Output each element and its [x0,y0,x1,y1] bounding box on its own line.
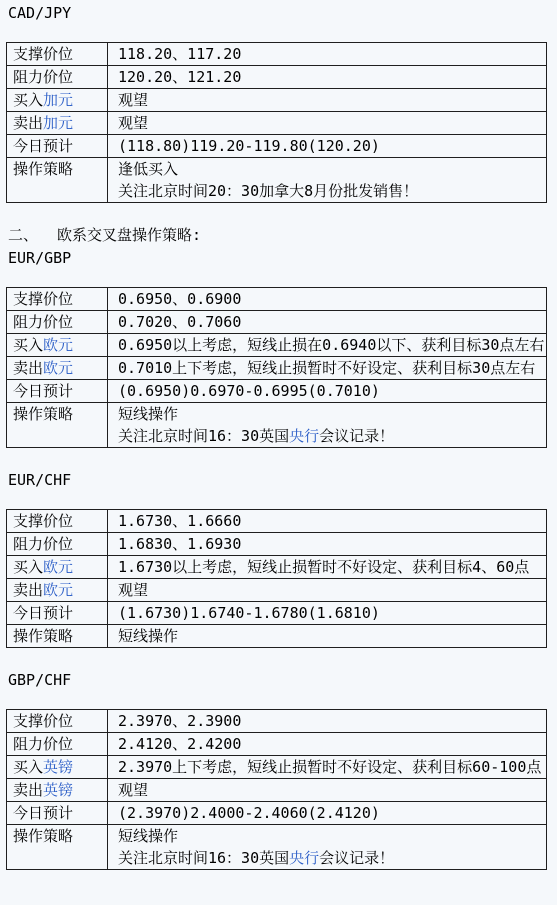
row-label-cell: 操作策略 [7,403,108,448]
row-value-cell: (1.6730)1.6740-1.6780(1.6810) [108,602,547,625]
text-run: 2.3970上下考虑，短线止损暂时不好设定、获利目标60-100点 [118,758,541,776]
text-run: 卖出 [13,581,43,599]
table-row: 支撑价位1.6730、1.6660 [7,510,547,533]
text-run: (118.80)119.20-119.80(120.20) [118,137,380,155]
row-value-cell: (118.80)119.20-119.80(120.20) [108,135,547,158]
row-value-cell: (0.6950)0.6970-0.6995(0.7010) [108,380,547,403]
row-value-cell: 观望 [108,112,547,135]
table-row: 今日预计(118.80)119.20-119.80(120.20) [7,135,547,158]
text-run: 观望 [118,91,148,109]
value-line: 1.6830、1.6930 [118,533,542,555]
text-run: 支撑价位 [13,290,73,308]
row-label-cell: 阻力价位 [7,733,108,756]
inline-link[interactable]: 英镑 [43,758,73,776]
text-run: 120.20、121.20 [118,68,241,86]
text-run: 逢低买入 [118,160,178,178]
value-line: 1.6730以上考虑，短线止损暂时不好设定、获利目标4、60点 [118,556,542,578]
value-line: 逢低买入 [118,158,542,180]
value-line: 2.3970上下考虑，短线止损暂时不好设定、获利目标60-100点 [118,756,542,778]
row-label-cell: 支撑价位 [7,510,108,533]
text-run: 卖出 [13,359,43,377]
pair-title: EUR/GBP [8,250,548,267]
text-run: 买入 [13,558,43,576]
value-line: 观望 [118,779,542,801]
inline-link[interactable]: 加元 [43,114,73,132]
row-label-cell: 卖出欧元 [7,579,108,602]
text-run: 操作策略 [13,627,73,645]
row-label-cell: 买入英镑 [7,756,108,779]
row-value-cell: 1.6830、1.6930 [108,533,547,556]
text-run: 会议记录！ [319,849,394,867]
row-value-cell: (2.3970)2.4000-2.4060(2.4120) [108,802,547,825]
text-run: 卖出 [13,114,43,132]
value-line: 0.7020、0.7060 [118,311,542,333]
table-row: 今日预计(2.3970)2.4000-2.4060(2.4120) [7,802,547,825]
row-value-cell: 2.3970上下考虑，短线止损暂时不好设定、获利目标60-100点 [108,756,547,779]
row-label-cell: 买入加元 [7,89,108,112]
row-label-cell: 今日预计 [7,135,108,158]
text-run: 1.6830、1.6930 [118,535,241,553]
value-line: (0.6950)0.6970-0.6995(0.7010) [118,380,542,402]
row-value-cell: 逢低买入关注北京时间20：30加拿大8月份批发销售！ [108,158,547,203]
text-run: 阻力价位 [13,68,73,86]
inline-link[interactable]: 欧元 [43,581,73,599]
text-run: 短线操作 [118,405,178,423]
forex-strategy-report: CAD/JPY支撑价位118.20、117.20阻力价位120.20、121.2… [0,0,557,905]
value-line: (1.6730)1.6740-1.6780(1.6810) [118,602,542,624]
row-label-cell: 卖出英镑 [7,779,108,802]
row-value-cell: 0.7010上下考虑，短线止损暂时不好设定、获利目标30点左右 [108,357,547,380]
text-run: 操作策略 [13,827,73,845]
row-label-cell: 买入欧元 [7,334,108,357]
value-line: 观望 [118,112,542,134]
text-run: 关注北京时间16：30英国 [118,849,289,867]
pair-title: CAD/JPY [8,5,548,22]
value-line: 2.4120、2.4200 [118,733,542,755]
row-value-cell: 0.6950以上考虑，短线止损在0.6940以下、获利目标30点左右 [108,334,547,357]
row-value-cell: 118.20、117.20 [108,43,547,66]
inline-link[interactable]: 央行 [289,427,319,445]
section-heading: 二、欧系交叉盘操作策略: [8,227,548,244]
inline-link[interactable]: 英镑 [43,781,73,799]
text-run: 阻力价位 [13,735,73,753]
text-run: 观望 [118,781,148,799]
value-line: (2.3970)2.4000-2.4060(2.4120) [118,802,542,824]
strategy-table: 支撑价位2.3970、2.3900阻力价位2.4120、2.4200买入英镑2.… [6,709,547,870]
value-line: 关注北京时间16：30英国央行会议记录！ [118,847,542,869]
value-line: 短线操作 [118,625,542,647]
text-run: 会议记录！ [319,427,394,445]
row-label-cell: 操作策略 [7,625,108,648]
row-value-cell: 0.6950、0.6900 [108,288,547,311]
text-run: 卖出 [13,781,43,799]
inline-link[interactable]: 加元 [43,91,73,109]
row-value-cell: 观望 [108,89,547,112]
row-value-cell: 短线操作关注北京时间16：30英国央行会议记录！ [108,403,547,448]
value-line: 关注北京时间16：30英国央行会议记录！ [118,425,542,447]
text-run: 118.20、117.20 [118,45,241,63]
text-run: 买入 [13,336,43,354]
row-label-cell: 操作策略 [7,158,108,203]
text-run: 支撑价位 [13,712,73,730]
value-line: 短线操作 [118,825,542,847]
table-row: 阻力价位120.20、121.20 [7,66,547,89]
value-line: 1.6730、1.6660 [118,510,542,532]
inline-link[interactable]: 欧元 [43,359,73,377]
text-run: (1.6730)1.6740-1.6780(1.6810) [118,604,380,622]
text-run: 阻力价位 [13,535,73,553]
value-line: 118.20、117.20 [118,43,542,65]
table-row: 买入英镑2.3970上下考虑，短线止损暂时不好设定、获利目标60-100点 [7,756,547,779]
text-run: 关注北京时间20：30加拿大8月份批发销售！ [118,182,418,200]
table-row: 卖出欧元观望 [7,579,547,602]
table-row: 今日预计(0.6950)0.6970-0.6995(0.7010) [7,380,547,403]
text-run: 支撑价位 [13,512,73,530]
table-row: 阻力价位2.4120、2.4200 [7,733,547,756]
text-run: 0.7010上下考虑，短线止损暂时不好设定、获利目标30点左右 [118,359,535,377]
row-label-cell: 阻力价位 [7,311,108,334]
table-row: 操作策略短线操作 [7,625,547,648]
value-line: 观望 [118,579,542,601]
table-row: 卖出加元观望 [7,112,547,135]
table-row: 买入欧元1.6730以上考虑，短线止损暂时不好设定、获利目标4、60点 [7,556,547,579]
text-run: 买入 [13,91,43,109]
text-run: 0.7020、0.7060 [118,313,241,331]
row-label-cell: 今日预计 [7,380,108,403]
table-row: 卖出欧元0.7010上下考虑，短线止损暂时不好设定、获利目标30点左右 [7,357,547,380]
section-number: 二、 [8,227,57,244]
row-value-cell: 2.3970、2.3900 [108,710,547,733]
value-line: 观望 [118,89,542,111]
row-label-cell: 支撑价位 [7,43,108,66]
table-row: 阻力价位1.6830、1.6930 [7,533,547,556]
pair-title: GBP/CHF [8,672,548,689]
inline-link[interactable]: 欧元 [43,558,73,576]
text-run: 1.6730、1.6660 [118,512,241,530]
row-value-cell: 0.7020、0.7060 [108,311,547,334]
table-row: 阻力价位0.7020、0.7060 [7,311,547,334]
row-value-cell: 2.4120、2.4200 [108,733,547,756]
inline-link[interactable]: 欧元 [43,336,73,354]
text-run: 今日预计 [13,382,73,400]
value-line: 120.20、121.20 [118,66,542,88]
table-row: 支撑价位118.20、117.20 [7,43,547,66]
table-row: 操作策略短线操作关注北京时间16：30英国央行会议记录！ [7,403,547,448]
row-label-cell: 今日预计 [7,802,108,825]
row-label-cell: 支撑价位 [7,710,108,733]
text-run: 今日预计 [13,604,73,622]
text-run: 0.6950以上考虑，短线止损在0.6940以下、获利目标30点左右 [118,336,544,354]
value-line: 0.7010上下考虑，短线止损暂时不好设定、获利目标30点左右 [118,357,542,379]
section-title: 欧系交叉盘操作策略: [57,226,201,244]
value-line: 关注北京时间20：30加拿大8月份批发销售！ [118,180,542,202]
table-row: 支撑价位2.3970、2.3900 [7,710,547,733]
text-run: 观望 [118,581,148,599]
strategy-table: 支撑价位118.20、117.20阻力价位120.20、121.20买入加元观望… [6,42,547,203]
text-run: (2.3970)2.4000-2.4060(2.4120) [118,804,380,822]
text-run: 操作策略 [13,405,73,423]
row-label-cell: 支撑价位 [7,288,108,311]
row-value-cell: 120.20、121.20 [108,66,547,89]
row-label-cell: 卖出欧元 [7,357,108,380]
strategy-table: 支撑价位0.6950、0.6900阻力价位0.7020、0.7060买入欧元0.… [6,287,547,448]
value-line: 0.6950以上考虑，短线止损在0.6940以下、获利目标30点左右 [118,334,542,356]
text-run: 1.6730以上考虑，短线止损暂时不好设定、获利目标4、60点 [118,558,529,576]
text-run: 今日预计 [13,137,73,155]
row-value-cell: 短线操作关注北京时间16：30英国央行会议记录！ [108,825,547,870]
row-label-cell: 操作策略 [7,825,108,870]
text-run: 操作策略 [13,160,73,178]
text-run: 关注北京时间16：30英国 [118,427,289,445]
row-value-cell: 短线操作 [108,625,547,648]
text-run: 短线操作 [118,627,178,645]
table-row: 卖出英镑观望 [7,779,547,802]
inline-link[interactable]: 央行 [289,849,319,867]
text-run: 买入 [13,758,43,776]
text-run: 观望 [118,114,148,132]
value-line: (118.80)119.20-119.80(120.20) [118,135,542,157]
table-row: 买入欧元0.6950以上考虑，短线止损在0.6940以下、获利目标30点左右 [7,334,547,357]
text-run: 今日预计 [13,804,73,822]
row-label-cell: 买入欧元 [7,556,108,579]
text-run: 0.6950、0.6900 [118,290,241,308]
value-line: 0.6950、0.6900 [118,288,542,310]
strategy-table: 支撑价位1.6730、1.6660阻力价位1.6830、1.6930买入欧元1.… [6,509,547,648]
text-run: 阻力价位 [13,313,73,331]
value-line: 短线操作 [118,403,542,425]
value-line: 2.3970、2.3900 [118,710,542,732]
table-row: 支撑价位0.6950、0.6900 [7,288,547,311]
pair-title: EUR/CHF [8,472,548,489]
row-value-cell: 观望 [108,779,547,802]
text-run: 2.3970、2.3900 [118,712,241,730]
table-row: 买入加元观望 [7,89,547,112]
row-label-cell: 卖出加元 [7,112,108,135]
table-row: 今日预计(1.6730)1.6740-1.6780(1.6810) [7,602,547,625]
row-label-cell: 阻力价位 [7,66,108,89]
text-run: (0.6950)0.6970-0.6995(0.7010) [118,382,380,400]
table-row: 操作策略短线操作关注北京时间16：30英国央行会议记录！ [7,825,547,870]
row-label-cell: 阻力价位 [7,533,108,556]
text-run: 支撑价位 [13,45,73,63]
row-value-cell: 观望 [108,579,547,602]
text-run: 短线操作 [118,827,178,845]
row-value-cell: 1.6730以上考虑，短线止损暂时不好设定、获利目标4、60点 [108,556,547,579]
text-run: 2.4120、2.4200 [118,735,241,753]
row-value-cell: 1.6730、1.6660 [108,510,547,533]
table-row: 操作策略逢低买入关注北京时间20：30加拿大8月份批发销售！ [7,158,547,203]
row-label-cell: 今日预计 [7,602,108,625]
